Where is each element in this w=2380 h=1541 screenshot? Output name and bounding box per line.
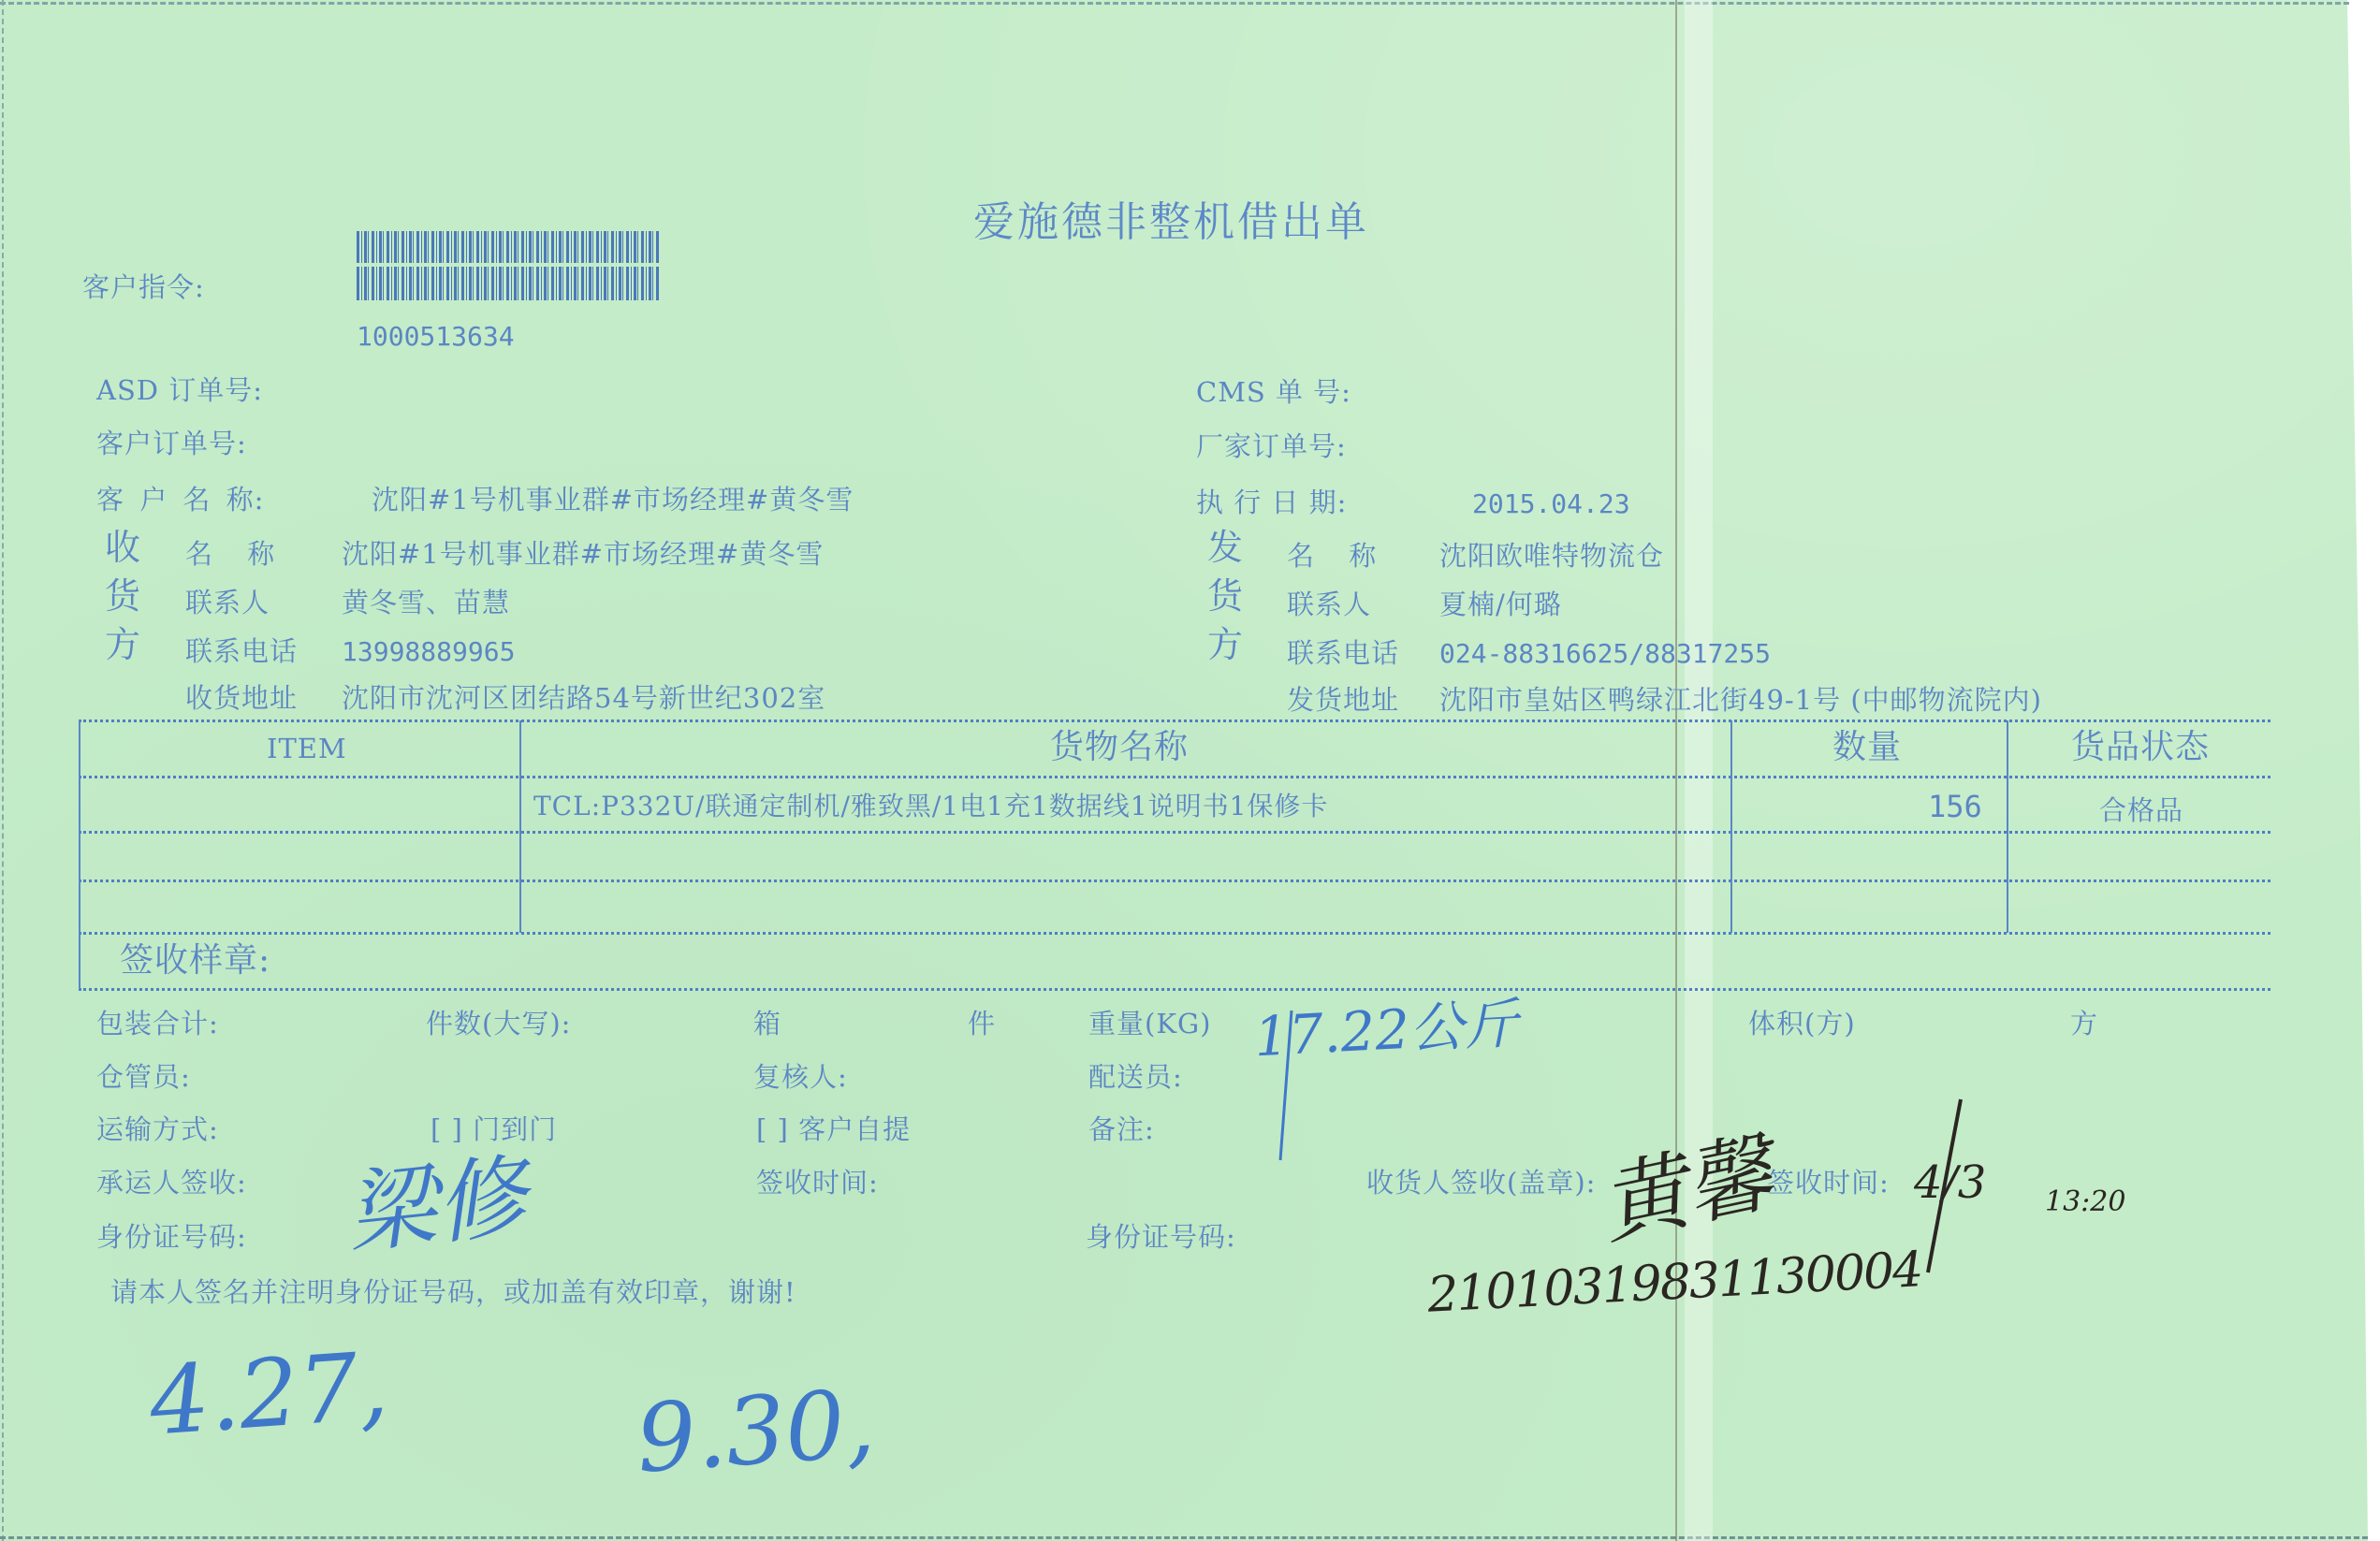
consignee-name-value: 沈阳#1号机事业群#市场经理#黄冬雪 xyxy=(342,541,824,568)
customer-name-value: 沈阳#1号机事业群#市场经理#黄冬雪 xyxy=(372,487,854,514)
id-number-left-label: 身份证号码: xyxy=(96,1224,247,1251)
status-cell: 合格品 xyxy=(2099,797,2183,824)
shipper-name-label: 名 称 xyxy=(1287,543,1389,570)
asd-order-label: ASD 订单号: xyxy=(96,377,263,404)
table-header-status: 货品状态 xyxy=(2071,731,2210,764)
door-to-door-checkbox[interactable]: [ ] 门到门 xyxy=(431,1116,557,1143)
consignee-contact-value: 黄冬雪、苗慧 xyxy=(342,589,510,617)
table-header-quantity: 数量 xyxy=(1832,731,1902,764)
table-rule xyxy=(79,880,2270,882)
stamp-label: 签收样章: xyxy=(120,944,270,978)
piece-unit-label: 件 xyxy=(968,1010,996,1038)
pieces-caps-label: 件数(大写): xyxy=(426,1010,571,1038)
consignee-name-label: 名 称 xyxy=(185,541,287,568)
volume-label: 体积(方) xyxy=(1748,1010,1856,1038)
weight-label: 重量(KG) xyxy=(1088,1010,1211,1038)
shipper-phone-label: 联系电话 xyxy=(1287,640,1399,667)
transport-mode-label: 运输方式: xyxy=(96,1116,219,1143)
shipper-name-value: 沈阳欧唯特物流仓 xyxy=(1439,543,1664,570)
handwritten-note-right: 9.30, xyxy=(634,1376,878,1487)
table-rule xyxy=(79,720,2270,722)
carrier-sign-label: 承运人签收: xyxy=(96,1170,247,1197)
customer-instruction-number: 1000513634 xyxy=(357,324,515,350)
table-col-divider xyxy=(519,720,521,933)
barcode-icon xyxy=(357,231,660,300)
shipper-side-label-2: 货 xyxy=(1207,578,1244,614)
shipper-phone-value: 024-88316625/88317255 xyxy=(1439,641,1771,667)
receiver-sign-label: 收货人签收(盖章): xyxy=(1366,1170,1596,1197)
table-header-item: ITEM xyxy=(267,735,347,763)
consignee-phone-value: 13998889965 xyxy=(342,639,515,665)
consignee-phone-label: 联系电话 xyxy=(185,638,298,665)
shipper-side-label-1: 发 xyxy=(1207,530,1244,565)
consignee-address-label: 收货地址 xyxy=(185,685,298,712)
table-rule xyxy=(79,776,2270,778)
perforation-left xyxy=(2,0,4,1541)
table-col-divider xyxy=(2007,720,2008,933)
table-rule xyxy=(79,932,2270,935)
consignee-address-value: 沈阳市沈河区团结路54号新世纪302室 xyxy=(342,685,825,712)
customer-pickup-checkbox[interactable]: [ ] 客户自提 xyxy=(756,1116,911,1143)
receiver-time: 13:20 xyxy=(2045,1188,2125,1216)
receiver-date: 4/3 xyxy=(1914,1160,1986,1205)
shipper-side-label-3: 方 xyxy=(1207,627,1244,662)
goods-name-cell: TCL:P332U/联通定制机/雅致黑/1电1充1数据线1说明书1保修卡 xyxy=(533,793,1328,820)
handwritten-stroke xyxy=(1273,1001,1301,1170)
carrier-signature: 梁修 xyxy=(343,1151,531,1259)
signature-notice: 请本人签名并注明身份证号码，或加盖有效印章，谢谢! xyxy=(110,1279,796,1306)
cms-number-label: CMS 单 号: xyxy=(1196,379,1351,406)
factory-order-label: 厂家订单号: xyxy=(1196,433,1347,460)
receiver-sign-time-label: 签收时间: xyxy=(1767,1170,1890,1197)
quantity-cell: 156 xyxy=(1928,792,1982,821)
deliverer-label: 配送员: xyxy=(1088,1064,1183,1091)
customer-instruction-label: 客户指令: xyxy=(82,274,205,301)
consignee-side-label-3: 方 xyxy=(105,627,141,662)
shipper-contact-value: 夏楠/何璐 xyxy=(1439,591,1562,618)
shipper-address-label: 发货地址 xyxy=(1287,687,1399,714)
reviewer-label: 复核人: xyxy=(753,1064,848,1091)
remarks-label: 备注: xyxy=(1088,1116,1155,1143)
table-header-goods-name: 货物名称 xyxy=(1050,731,1189,764)
id-number-right-label: 身份证号码: xyxy=(1086,1224,1236,1251)
shipper-address-value: 沈阳市皇姑区鸭绿江北街49-1号 (中邮物流院内) xyxy=(1439,687,2042,714)
customer-name-label: 客 户 名 称: xyxy=(96,487,264,514)
table-rule xyxy=(79,988,2270,991)
perforation-bottom xyxy=(0,1536,2368,1539)
perforation-top xyxy=(0,2,2349,5)
execution-date-label: 执 行 日 期: xyxy=(1196,489,1347,516)
customer-order-label: 客户订单号: xyxy=(96,430,247,458)
consignee-side-label-1: 收 xyxy=(105,530,141,565)
consignee-contact-label: 联系人 xyxy=(185,589,270,617)
package-total-label: 包装合计: xyxy=(96,1010,219,1038)
box-unit-label: 箱 xyxy=(753,1010,781,1038)
table-col-divider xyxy=(1730,720,1732,933)
sign-time-label: 签收时间: xyxy=(756,1170,879,1197)
document-title: 爱施德非整机借出单 xyxy=(973,202,1369,243)
consignee-side-label-2: 货 xyxy=(105,578,141,614)
warehouse-keeper-label: 仓管员: xyxy=(96,1064,191,1091)
execution-date-value: 2015.04.23 xyxy=(1472,491,1630,517)
table-rule xyxy=(79,831,2270,834)
handwritten-note-left: 4.27, xyxy=(147,1339,391,1449)
volume-unit-label: 方 xyxy=(2070,1010,2098,1038)
shipper-contact-label: 联系人 xyxy=(1287,591,1371,618)
table-border-left xyxy=(79,720,80,989)
